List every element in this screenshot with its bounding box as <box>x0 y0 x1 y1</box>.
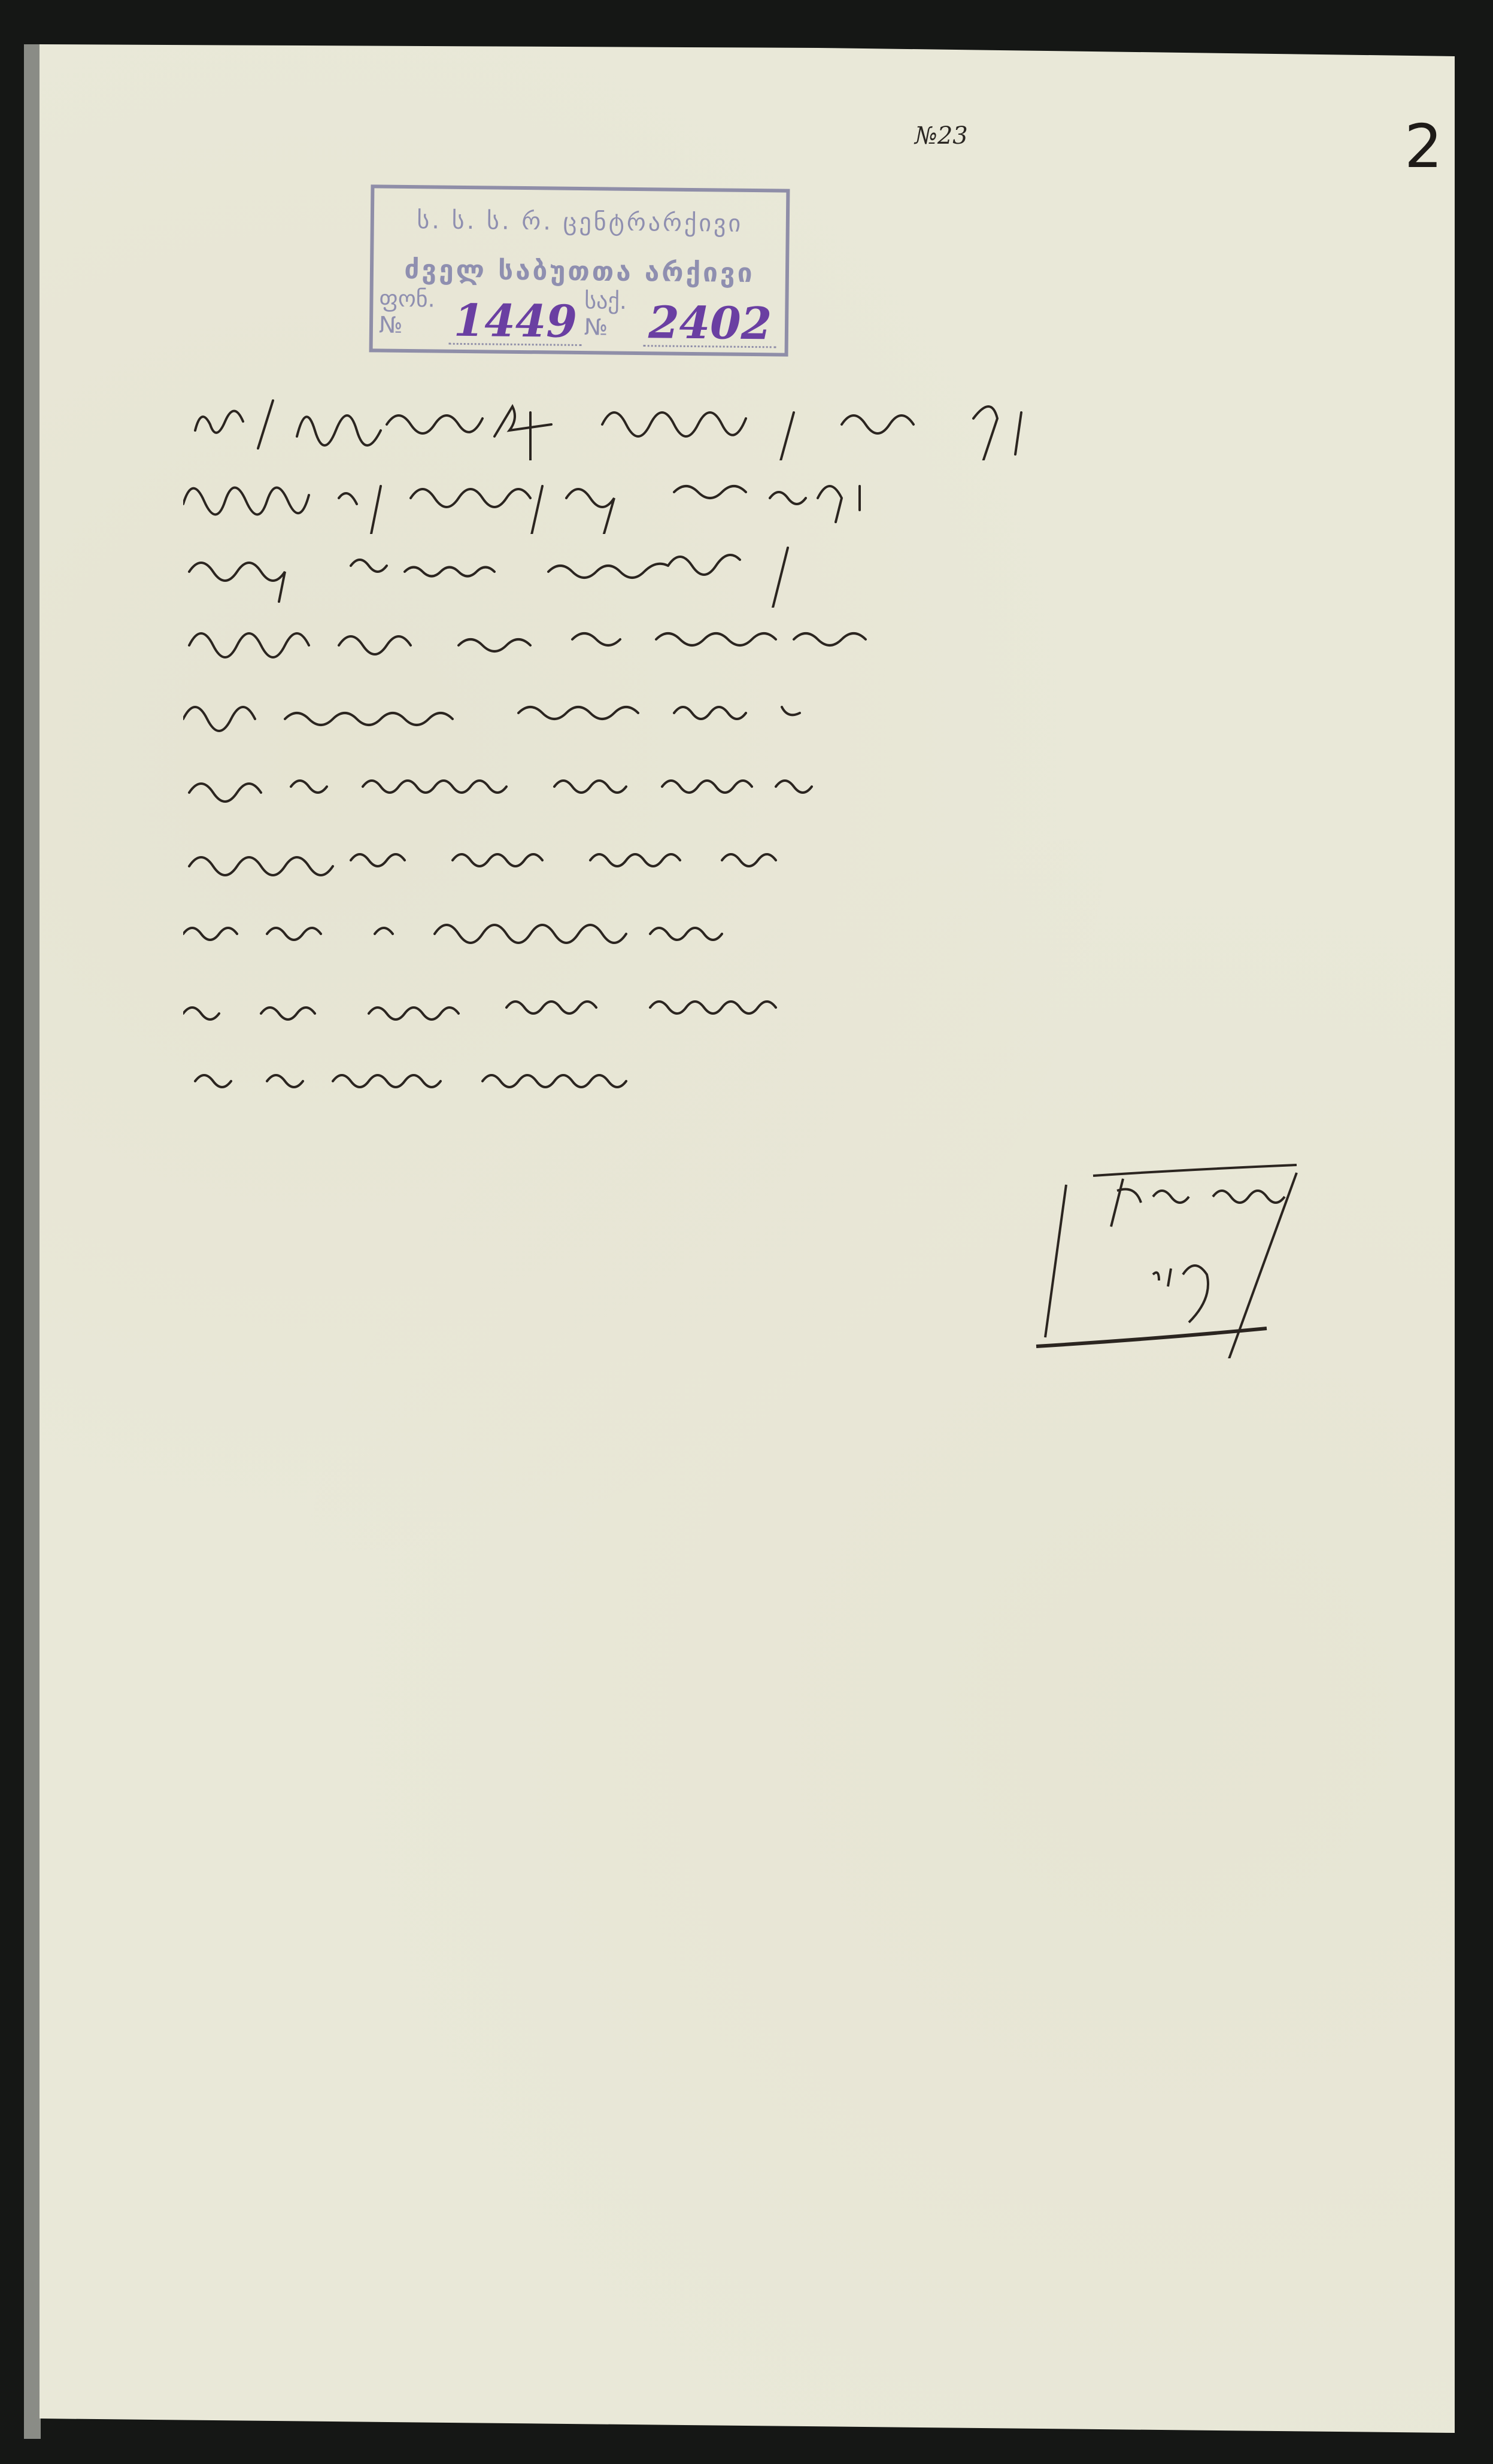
manuscript-page: ს. ს. ს. რ. ცენტრარქივი ძველ საბუთთა არქ… <box>40 44 1455 2433</box>
handwritten-line: handwritten line 10 <box>183 1039 1493 1111</box>
stamp-reference-row: ფონ. № 1449 საქ. № 2402 <box>379 296 779 348</box>
page-number: 2 <box>1404 111 1443 181</box>
handwritten-body: handwritten line 1 handwritten line 2 ha… <box>183 377 1493 1113</box>
archive-stamp: ს. ს. ს. რ. ცენტრარქივი ძველ საბუთთა არქ… <box>369 184 790 356</box>
handwritten-line: handwritten line 3 <box>183 524 1493 596</box>
signature-box: handwritten signature line 1 handwritten… <box>1033 1149 1315 1358</box>
page-edge-shadow <box>24 44 41 2439</box>
handwritten-line: handwritten line 7 <box>183 818 1493 890</box>
handwritten-line: handwritten line 4 <box>183 597 1493 669</box>
handwritten-line: handwritten line 5 <box>183 671 1493 743</box>
document-number: №23 <box>915 122 968 150</box>
handwritten-line: handwritten line 2 <box>183 450 1493 522</box>
handwritten-line: handwritten line 6 <box>183 745 1493 817</box>
stamp-archive-title: ს. ს. ს. რ. ცენტრარქივი <box>374 206 786 238</box>
stamp-archive-subtitle: ძველ საბუთთა არქივი <box>374 254 785 289</box>
handwritten-line: handwritten line 8 <box>183 892 1493 964</box>
stamp-fond-label: ფონ. № <box>379 286 447 345</box>
stamp-item-number: 2402 <box>644 301 777 348</box>
stamp-fond-number: 1449 <box>448 299 582 346</box>
stamp-item-label: საქ. № <box>584 287 641 347</box>
handwritten-line: handwritten line 1 <box>183 377 1493 448</box>
handwritten-line: handwritten line 9 <box>183 966 1493 1037</box>
